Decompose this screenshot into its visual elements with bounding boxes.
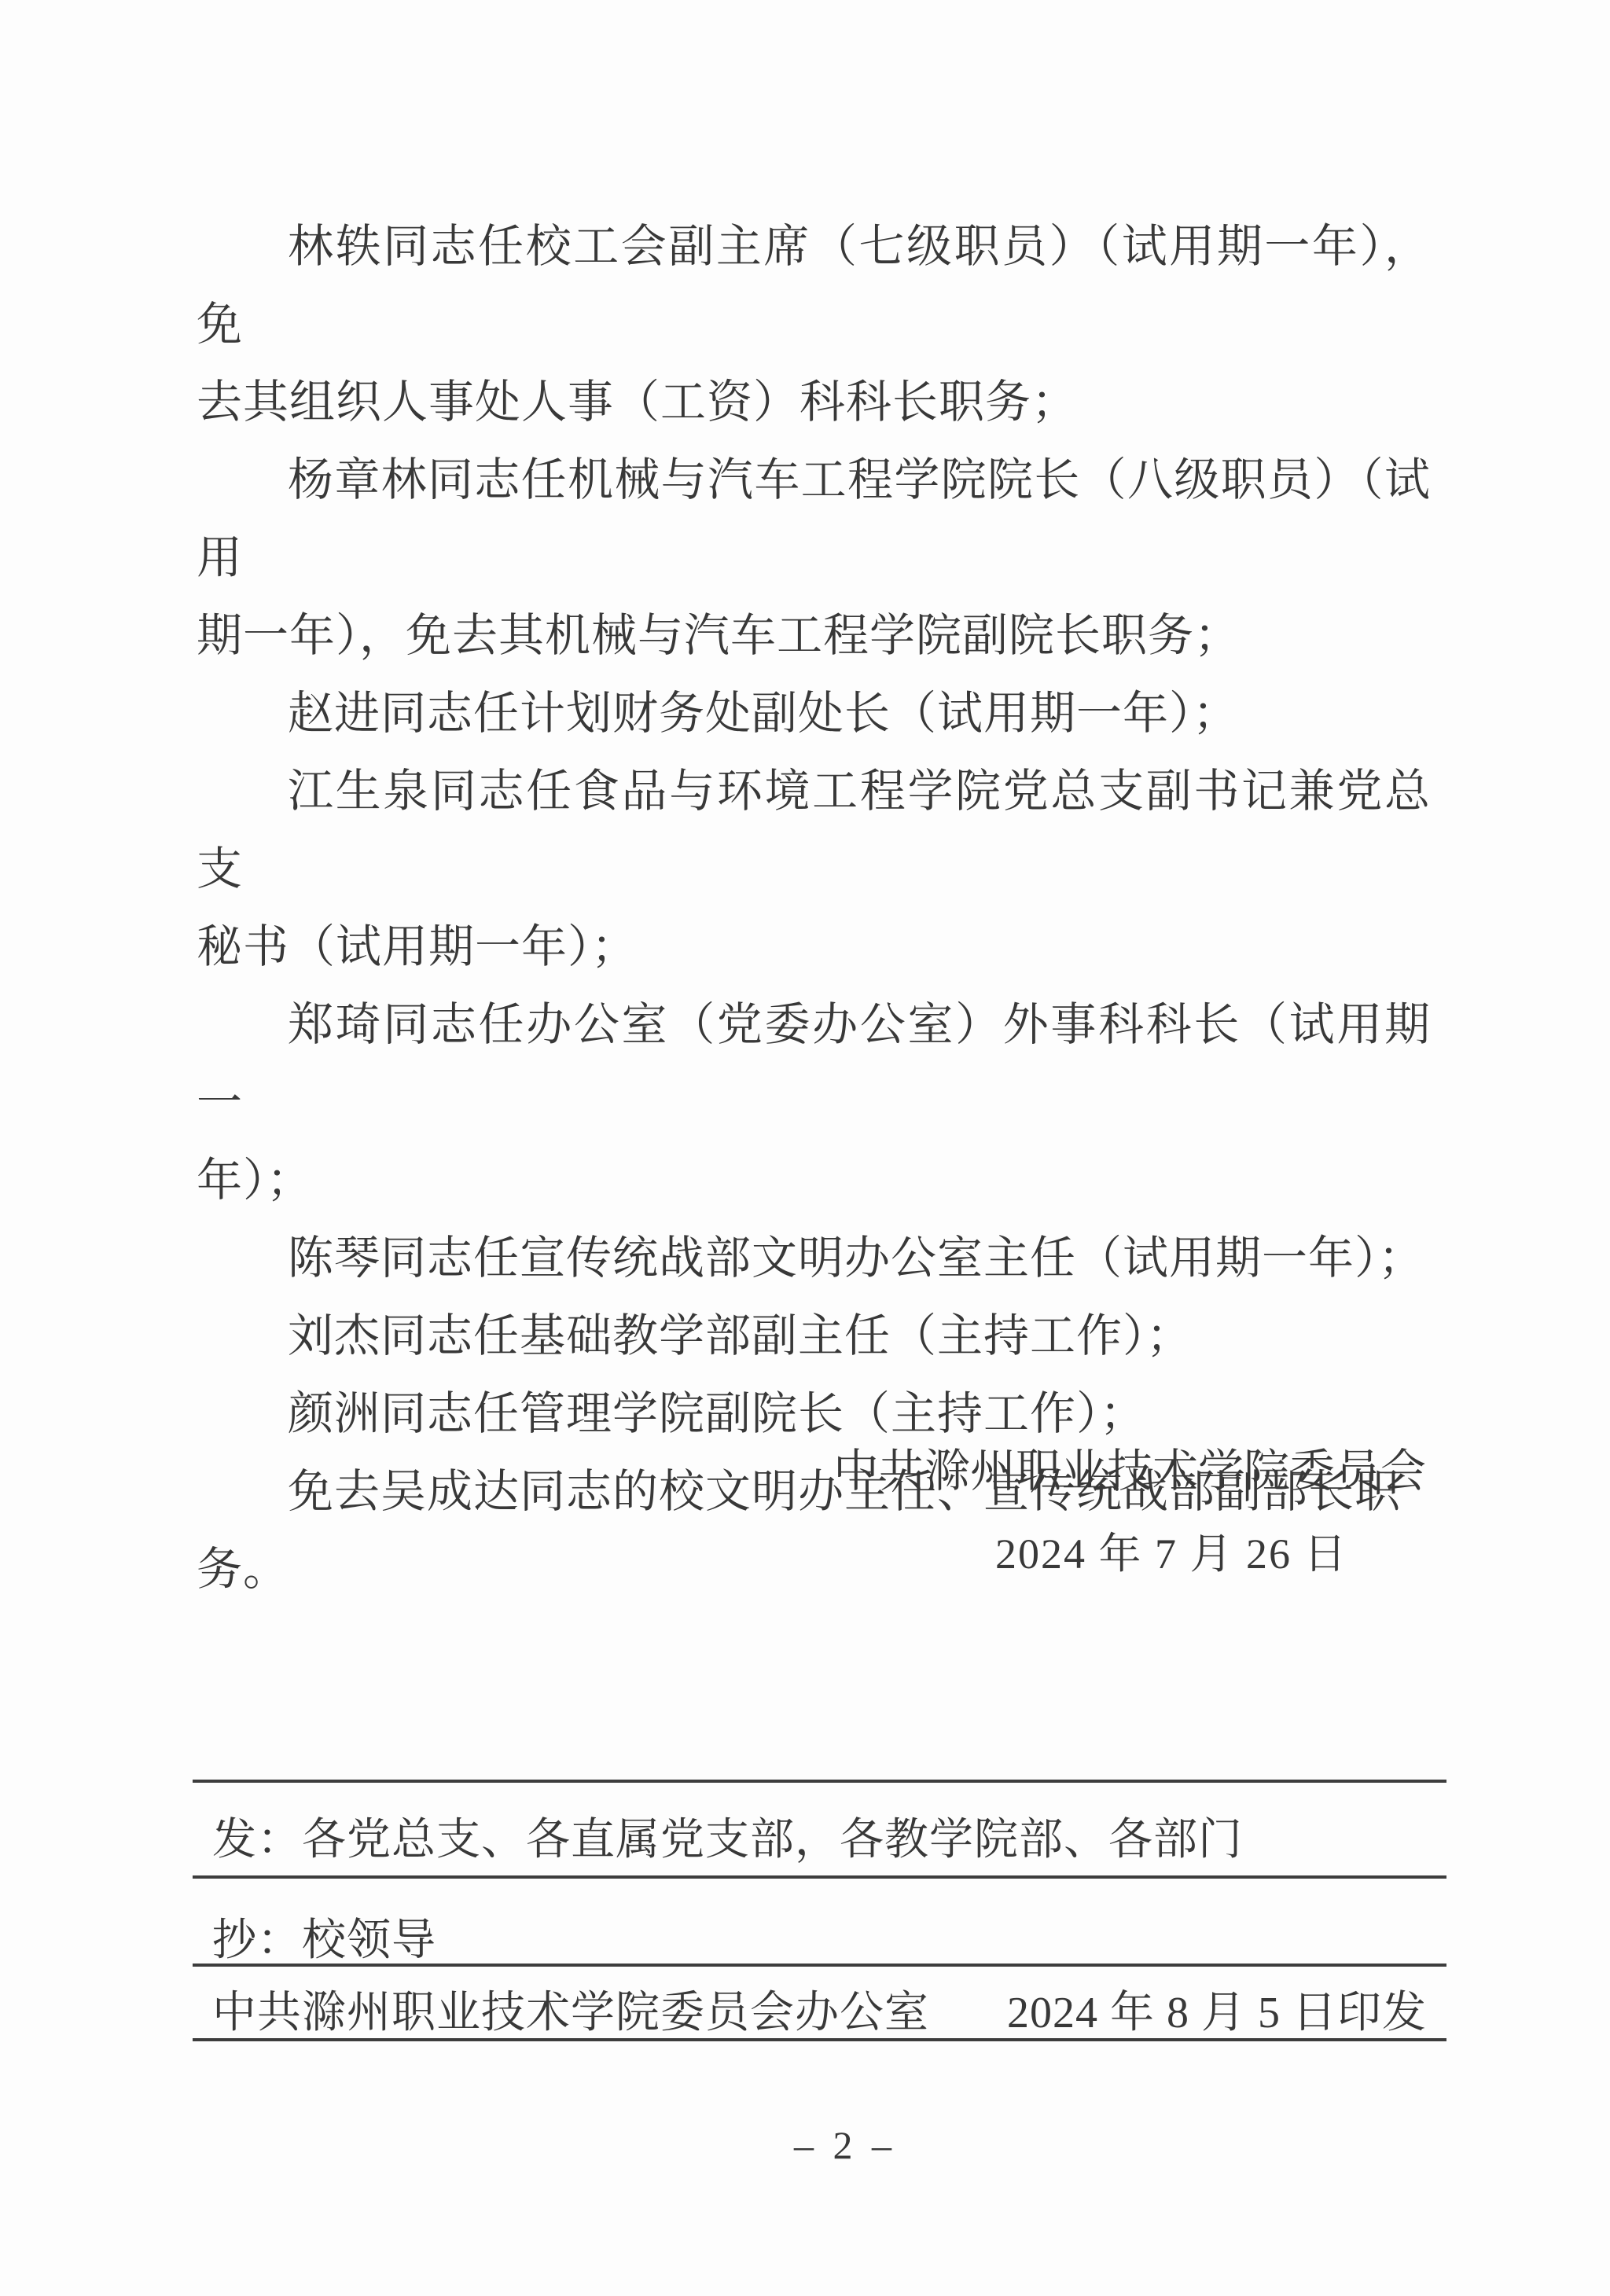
distribution-label: 发： <box>212 1816 302 1864</box>
issuer-office: 中共滁州职业技术学院委员会办公室 <box>212 1978 929 2041</box>
body-line: 秘书（试用期一年）； <box>197 908 1431 986</box>
footer-separator-rule <box>193 2038 1446 2041</box>
body-line: 林轶同志任校工会副主席（七级职员）（试用期一年），免 <box>197 208 1431 363</box>
body-line: 刘杰同志任基础教学部副主任（主持工作）； <box>197 1297 1431 1375</box>
copy-row: 抄：校领导 <box>212 1905 436 1968</box>
body-line: 郑琦同志任办公室（党委办公室）外事科科长（试用期一 <box>197 986 1431 1141</box>
body-line: 年）； <box>197 1141 1431 1219</box>
body-line: 杨章林同志任机械与汽车工程学院院长（八级职员）（试用 <box>197 441 1431 597</box>
signature-date: 2024 年 7 月 26 日 <box>995 1520 1348 1581</box>
page-number: – 2 – <box>766 2122 924 2168</box>
document-body: 林轶同志任校工会副主席（七级职员）（试用期一年），免 去其组织人事处人事（工资）… <box>197 208 1431 1608</box>
footer-separator-rule <box>193 1875 1446 1879</box>
body-line: 赵进同志任计划财务处副处长（试用期一年）； <box>197 674 1431 752</box>
body-line: 去其组织人事处人事（工资）科科长职务； <box>197 363 1431 441</box>
copy-label: 抄： <box>212 1916 302 1965</box>
scanned-official-document-page: { "document": { "body_lines": [ "林轶同志任校工… <box>0 0 1610 2296</box>
distribution-list: 各党总支、各直属党支部，各教学院部、各部门 <box>302 1816 1243 1864</box>
body-line: 陈琴同志任宣传统战部文明办公室主任（试用期一年）； <box>197 1219 1431 1297</box>
body-line: 江生泉同志任食品与环境工程学院党总支副书记兼党总支 <box>197 752 1431 908</box>
print-date: 2024 年 8 月 5 日印发 <box>1007 1978 1427 2041</box>
issuer-row: 中共滁州职业技术学院委员会办公室 2024 年 8 月 5 日印发 <box>212 1978 1427 2041</box>
distribution-row: 发：各党总支、各直属党支部，各教学院部、各部门 <box>212 1805 1243 1868</box>
footer-separator-rule <box>193 1964 1446 1967</box>
copy-list: 校领导 <box>302 1916 436 1965</box>
signature-organization: 中共滁州职业技术学院委员会 <box>833 1434 1426 1500</box>
body-line: 期一年），免去其机械与汽车工程学院副院长职务； <box>197 597 1431 674</box>
footer-separator-rule <box>193 1780 1446 1783</box>
